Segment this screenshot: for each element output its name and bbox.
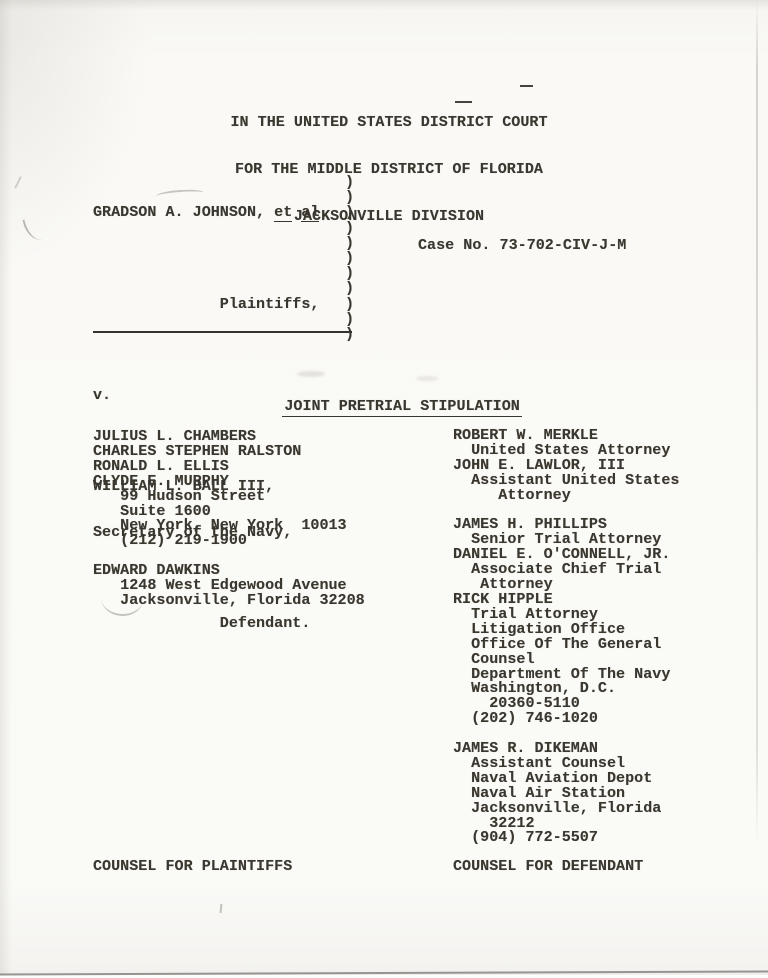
et-al-underlined: et xyxy=(274,203,292,222)
text-line: Jacksonville, Florida 32208 xyxy=(93,593,365,608)
text-line: (904) 772-5507 xyxy=(453,830,679,845)
counsel-for-defendant-label: COUNSEL FOR DEFENDANT xyxy=(453,857,643,875)
text-line: Attorney xyxy=(453,488,679,503)
plaintiff-name: GRADSON A. JOHNSON, xyxy=(93,203,274,221)
caption-rule xyxy=(93,331,352,333)
caption-bracket-column: ))))))))))) xyxy=(345,175,354,342)
defendant-counsel-list: ROBERT W. MERKLE United States AttorneyJ… xyxy=(453,428,679,845)
defendant-designation: Defendant. xyxy=(93,616,329,631)
scan-speck xyxy=(220,904,223,913)
counsel-for-plaintiffs-label: COUNSEL FOR PLAINTIFFS xyxy=(93,857,292,875)
paper-area-below-edge xyxy=(0,975,768,978)
paper-edge-shading-top xyxy=(0,0,768,10)
text-line: (202) 746-1020 xyxy=(453,711,679,726)
text-line: ) xyxy=(345,327,354,342)
case-number: Case No. 73-702-CIV-J-M xyxy=(418,236,626,254)
text-line: (212) 219-1900 xyxy=(93,533,365,548)
scanned-court-document-page: IN THE UNITED STATES DISTRICT COURT FOR … xyxy=(0,0,768,978)
plaintiff-name-line: GRADSON A. JOHNSON, et al. xyxy=(93,205,329,220)
plaintiffs-designation: Plaintiffs, xyxy=(93,297,329,312)
et-al-underlined: al xyxy=(301,203,319,222)
paper-edge-line-bottom xyxy=(0,971,768,976)
plaintiffs-counsel-list: JULIUS L. CHAMBERSCHARLES STEPHEN RALSTO… xyxy=(93,429,365,608)
court-header-line: IN THE UNITED STATES DISTRICT COURT xyxy=(10,115,768,131)
